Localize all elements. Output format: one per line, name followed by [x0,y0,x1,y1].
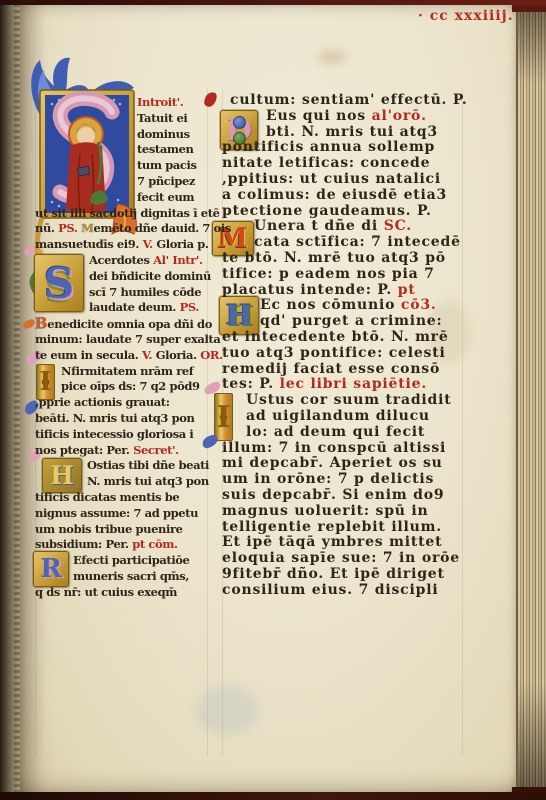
body-text: remedij faciat esse consō [222,361,440,377]
body-text: enedicite omnia opa dñi do [47,317,212,331]
text-line: subsidium: Per. pt cōm. [35,537,178,553]
body-text: nignus assume: 7 ad ppetu [35,506,198,520]
initial-letter: S [44,259,74,308]
body-text: um in orōne: 7 p delictis [222,471,434,487]
text-line: fecit eum [137,190,194,206]
body-text: Ustus cor suum tradidit [246,392,452,408]
text-line: ad uigilandum dilucu [246,409,430,425]
body-text: Efecti participatiōe [73,553,189,567]
text-line: dominus [137,127,190,143]
body-text: qd' purget a crimine: [260,313,442,329]
body-text: Et ipē tāqā ymbres mittet [222,534,442,550]
facing-page-edge [0,4,20,796]
initial-letter: H [226,299,252,332]
body-text: tes: P. [222,376,280,392]
book-icon [77,166,89,176]
photo-edge-top [0,0,546,5]
illuminated-initial-hostias: H [42,458,82,493]
body-text: magnus uoluerit: spū in [222,503,429,519]
body-text: 9fitebr̄ dño. Et ipē diriget [222,566,445,582]
ruling-line [207,88,208,756]
text-line: eloquia sapīe sue: 7 in orōe [222,551,460,567]
body-text: Tatuit ei [137,111,187,125]
text-line: N. mris tui atq3 pon [87,474,209,490]
body-text: cultum: sentiam' effectū. P. [230,92,468,108]
body-text: subsidium: Per. [35,537,132,551]
body-text: beāti. N. mris tui atq3 pon [35,411,194,425]
rubric-text: SC. [384,218,412,234]
text-line: testamen [137,142,194,158]
text-line: cata sctīfica: 7 intecedē [254,235,461,251]
text-line: mansuetudīs ei9. V. Gloria p. [35,237,209,253]
text-line: pontificis annua sollemp [222,140,435,156]
body-text: pontificis annua sollemp [222,139,435,155]
ornament-orb-blue [233,116,246,129]
text-line: um nobis tribue puenire [35,522,183,538]
text-line: 9fitebr̄ dño. Et ipē diriget [222,567,445,583]
text-line: Benedicite omnia opa dñi do [35,316,212,332]
rubric-text: V. [143,237,157,251]
body-text: lo: ad deum qui fecit [246,424,425,440]
text-line: 7 pñcipez [137,174,195,190]
body-text: Gloria. [156,348,201,362]
rubric-text: Al' Intr'. [153,253,202,267]
text-line: remedij faciat esse consō [222,362,440,378]
body-text: Eus qui nos [266,108,372,124]
text-line: Ustus cor suum tradidit [246,393,452,409]
body-text: testamen [137,142,194,156]
body-text: N. mris tui atq3 pon [87,474,209,488]
body-text: telligentie replebit illum. [222,519,442,535]
text-line: Ostias tibi dñe beati [87,458,209,474]
body-text: muneris sacri qm̄s, [73,569,189,583]
manuscript-photo: · cc xxxiiij. S [0,0,546,800]
body-text: te eum in secula. [35,348,142,362]
saint-figure [66,117,108,213]
text-line: Efecti participatiōe [73,553,189,569]
text-line: placatus intende: P. pt [222,283,416,299]
initial-letter: R [40,554,62,584]
text-line: nos ptegat: Per. Secret'. [35,443,179,459]
rubric-text: pt [398,282,416,298]
body-text: fecit eum [137,190,194,204]
text-line: pice oīps ds: 7 q2 pōd9 [61,379,200,395]
body-text: Acerdotes [89,253,153,267]
illuminated-initial-iustus: I [214,393,233,441]
text-line: et intecedente btō. N. mrē [222,330,449,346]
text-line: suis depcabr̄. Si enim do9 [222,488,444,504]
illuminated-initial-sacerdotes: S [34,254,84,312]
text-line: ,ppitius: ut cuius natalici [222,172,441,188]
body-text: tifice: p eadem nos pia 7 [222,266,435,282]
text-line: ut sit illi sacdotij dignitas ī etē [35,206,220,222]
body-text: Unera t dñe di [254,218,384,234]
text-line: Acerdotes Al' Intr'. [89,253,203,269]
body-text: te btō. N. mrē tuo atq3 pō [222,250,446,266]
body-text: Ec nos cōmunio [260,297,401,313]
text-line: beāti. N. mris tui atq3 pon [35,411,194,427]
body-text: nitate letificas: concede [222,155,430,171]
text-line: nū. PS. Memēto dñe dauid. 7 ois [35,221,231,237]
text-line: illum: 7 in conspcū altissi [222,441,446,457]
body-text: Gloria p. [156,237,208,251]
text-line: dei bñdicite dominū [89,269,211,285]
text-line: bti. N. mris tui atq3 [266,125,438,141]
body-text: ,pprie actionis grauat: [35,395,170,409]
body-text: placatus intende: P. [222,282,398,298]
body-text: M [81,221,93,235]
body-text: ad uigilandum dilucu [246,408,430,424]
body-text: laudate deum. [89,300,180,314]
body-text: tificis dicatas mentis be [35,490,179,504]
body-text: dei bñdicite dominū [89,269,211,283]
body-text: Nfirmitatem nrām ref [61,364,193,378]
initial-letter: H [50,461,74,490]
body-text: nos ptegat: Per. [35,443,133,457]
body-text: scī 7 humiles cōde [89,285,201,299]
body-text: consilium eius. 7 discipli [222,582,438,598]
ruling-line [462,88,463,756]
text-line: mi depcabr̄. Aperiet os su [222,456,443,472]
illuminated-initial-refecti: R [33,551,69,587]
text-line: a colimus: de eiusdē etia3 [222,188,447,204]
body-text: dominus [137,127,190,141]
body-text: minum: laudate 7 super exalta [35,332,220,346]
rubric-text: Introit'. [137,95,183,109]
text-line: tifice: p eadem nos pia 7 [222,267,435,283]
text-line: cultum: sentiam' effectū. P. [230,93,468,109]
body-text: Ostias tibi dñe beati [87,458,209,472]
body-text: tuo atq3 pontifice: celesti [222,345,446,361]
text-line: te eum in secula. V. Gloria. OR. [35,348,223,364]
body-text: q ds nr̄: ut cuius exeqm̄ [35,585,177,599]
text-line: ,pprie actionis grauat: [35,395,170,411]
text-line: Unera t dñe di SC. [254,219,412,235]
text-line: Et ipē tāqā ymbres mittet [222,535,442,551]
initial-letter: I [39,367,51,397]
photo-edge-bottom [0,792,546,800]
body-text: tificis intecessio gloriosa i [35,427,193,441]
text-line: tificis dicatas mentis be [35,490,179,506]
text-line: tificis intecessio gloriosa i [35,427,193,443]
body-text: emēto dñe dauid. 7 ois [93,221,231,235]
rubric-text: PS. [180,300,199,314]
text-line: nitate letificas: concede [222,156,430,172]
text-line: tes: P. lec libri sapiētie. [222,377,427,393]
body-text: bti. N. mris tui atq3 [266,124,438,140]
text-line: um in orōne: 7 p delictis [222,472,434,488]
body-text: nū. [35,221,58,235]
text-line: tuo atq3 pontifice: celesti [222,346,446,362]
text-line: tum pacis [137,158,197,174]
body-text: B [35,314,47,332]
body-text: um nobis tribue puenire [35,522,183,536]
rubric-text: lec libri sapiētie. [280,376,427,392]
text-line: muneris sacri qm̄s, [73,569,189,585]
text-line: consilium eius. 7 discipli [222,583,438,599]
initial-letter: I [216,400,230,435]
rubric-text: PS. [58,221,81,235]
body-text: illum: 7 in conspcū altissi [222,440,446,456]
body-text: et intecedente btō. N. mrē [222,329,449,345]
text-line: lo: ad deum qui fecit [246,425,425,441]
rubric-text: al'orō. [372,108,427,124]
body-text: pice oīps ds: 7 q2 pōd9 [61,379,200,393]
book-fore-edge [516,5,546,793]
body-text: tum pacis [137,158,197,172]
body-text: eloquia sapīe sue: 7 in orōe [222,550,460,566]
rubric-text: pt cōm. [132,537,177,551]
body-text: mi depcabr̄. Aperiet os su [222,455,443,471]
body-text: suis depcabr̄. Si enim do9 [222,487,444,503]
text-line: Ec nos cōmunio cō3. [260,298,437,314]
body-text: ptectione gaudeamus. P. [222,203,432,219]
text-line: magnus uoluerit: spū in [222,504,429,520]
text-line: te btō. N. mrē tuo atq3 pō [222,251,446,267]
text-line: q ds nr̄: ut cuius exeqm̄ [35,585,177,601]
rubric-text: cō3. [401,297,437,313]
body-text: a colimus: de eiusdē etia3 [222,187,447,203]
text-line: telligentie replebit illum. [222,520,442,536]
body-text: ut sit illi sacdotij dignitas ī etē [35,206,220,220]
text-line: Eus qui nos al'orō. [266,109,427,125]
text-line: nignus assume: 7 ad ppetu [35,506,198,522]
rubric-text: OR. [200,348,222,362]
rubric-text: V. [142,348,156,362]
text-line: qd' purget a crimine: [260,314,442,330]
text-line: Tatuit ei [137,111,187,127]
text-line: Introit'. [137,95,183,111]
text-line: Nfirmitatem nrām ref [61,364,193,380]
rubric-text: Secret'. [133,443,179,457]
body-text: mansuetudīs ei9. [35,237,143,251]
text-line: laudate deum. PS. [89,300,199,316]
text-line: minum: laudate 7 super exalta [35,332,220,348]
body-text: cata sctīfica: 7 intecedē [254,234,461,250]
body-text: 7 pñcipez [137,174,195,188]
folio-number: · cc xxxiiij. [418,8,514,24]
body-text: ,ppitius: ut cuius natalici [222,171,441,187]
parchment-stain [196,686,258,734]
parchment-stain [318,50,346,64]
text-line: scī 7 humiles cōde [89,285,201,301]
